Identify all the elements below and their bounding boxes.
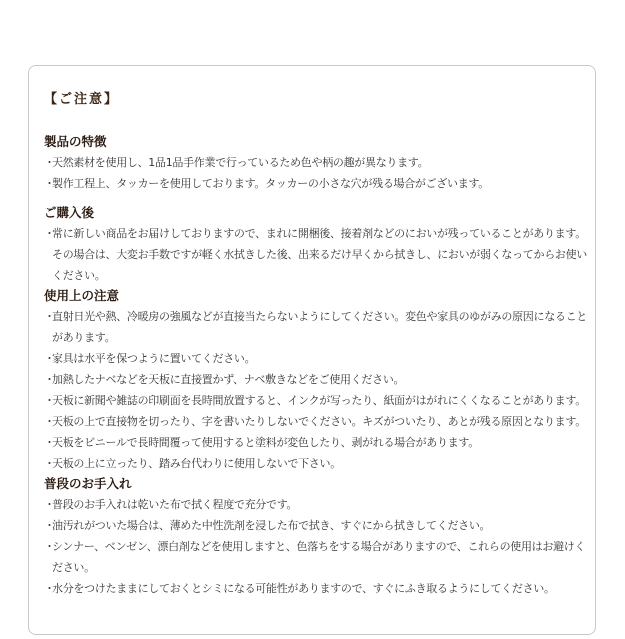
section-heading: ご購入後	[44, 203, 595, 223]
section-items: ・普段のお手入れは乾いた布で拭く程度で充分です。 ・油汚れがついた場合は、薄めた…	[44, 494, 595, 599]
item-text: 水分をつけたままにしておくとシミになる可能性がありますので、すぐにふき取るように…	[52, 582, 555, 595]
bullet: ・	[44, 515, 52, 536]
list-item: ・油汚れがついた場合は、薄めた中性洗剤を浸した布で拭き、すぐにから拭きしてくださ…	[44, 515, 592, 536]
bullet: ・	[44, 223, 52, 244]
bullet: ・	[44, 453, 52, 474]
section-items: ・常に新しい商品をお届けしておりますので、まれに開梱後、接着剤などのにおいが残っ…	[44, 223, 595, 286]
item-text: 製作工程上、タッカーを使用しております。タッカーの小さな穴が残る場合がございます…	[52, 177, 489, 190]
item-text: シンナー、ベンゼン、漂白剤などを使用しますと、色落ちをする場合がありますので、こ…	[52, 540, 585, 574]
list-item: ・天板の上で直接物を切ったり、字を書いたりしないでください。キズがついたり、あと…	[44, 411, 592, 432]
item-text: 直射日光や熱、冷暖房の強風などが直接当たらないようにしてください。変色や家具のゆ…	[52, 310, 587, 344]
notice-box: 【ご注意】 製品の特徴 ・天然素材を使用し、1品1品手作業で行っているため色や柄…	[28, 65, 596, 635]
list-item: ・製作工程上、タッカーを使用しております。タッカーの小さな穴が残る場合がございま…	[44, 173, 592, 194]
bullet: ・	[44, 432, 52, 453]
item-text: 加熱したナベなどを天板に直接置かず、ナベ敷きなどをご使用ください。	[52, 373, 404, 386]
list-item: ・常に新しい商品をお届けしておりますので、まれに開梱後、接着剤などのにおいが残っ…	[44, 223, 592, 286]
list-item: ・天板をビニールで長時間覆って使用すると塗料が変色したり、剥がれる場合があります…	[44, 432, 592, 453]
item-text: 天板に新聞や雑誌の印刷面を長時間放置すると、インクが写ったり、紙面がはがれにくく…	[52, 394, 586, 407]
item-text: 天板をビニールで長時間覆って使用すると塗料が変色したり、剥がれる場合があります。	[52, 436, 479, 449]
list-item: ・天板に新聞や雑誌の印刷面を長時間放置すると、インクが写ったり、紙面がはがれにく…	[44, 390, 592, 411]
bullet: ・	[44, 152, 52, 173]
bullet: ・	[44, 390, 52, 411]
list-item: ・天然素材を使用し、1品1品手作業で行っているため色や柄の趣が異なります。	[44, 152, 592, 173]
list-item: ・水分をつけたままにしておくとシミになる可能性がありますので、すぐにふき取るよう…	[44, 578, 592, 599]
bullet: ・	[44, 411, 52, 432]
item-text: 天板の上に立ったり、踏み台代わりに使用しないで下さい。	[52, 457, 341, 470]
section-items: ・直射日光や熱、冷暖房の強風などが直接当たらないようにしてください。変色や家具の…	[44, 306, 595, 474]
section-heading: 普段のお手入れ	[44, 474, 595, 494]
section-regular-care: 普段のお手入れ ・普段のお手入れは乾いた布で拭く程度で充分です。 ・油汚れがつい…	[44, 474, 595, 599]
item-text: 家具は水平を保つように置いてください。	[52, 352, 255, 365]
bullet: ・	[44, 494, 52, 515]
list-item: ・家具は水平を保つように置いてください。	[44, 348, 592, 369]
bullet: ・	[44, 348, 52, 369]
item-text: 普段のお手入れは乾いた布で拭く程度で充分です。	[52, 498, 297, 511]
item-text: 油汚れがついた場合は、薄めた中性洗剤を浸した布で拭き、すぐにから拭きしてください…	[52, 519, 490, 532]
bullet: ・	[44, 173, 52, 194]
list-item: ・直射日光や熱、冷暖房の強風などが直接当たらないようにしてください。変色や家具の…	[44, 306, 592, 348]
list-item: ・シンナー、ベンゼン、漂白剤などを使用しますと、色落ちをする場合がありますので、…	[44, 536, 592, 578]
section-heading: 使用上の注意	[44, 286, 595, 306]
bullet: ・	[44, 536, 52, 557]
list-item: ・天板の上に立ったり、踏み台代わりに使用しないで下さい。	[44, 453, 592, 474]
section-items: ・天然素材を使用し、1品1品手作業で行っているため色や柄の趣が異なります。 ・製…	[44, 152, 595, 194]
item-text: 常に新しい商品をお届けしておりますので、まれに開梱後、接着剤などのにおいが残って…	[52, 227, 587, 282]
list-item: ・加熱したナベなどを天板に直接置かず、ナベ敷きなどをご使用ください。	[44, 369, 592, 390]
notice-title: 【ご注意】	[44, 90, 595, 110]
item-text: 天然素材を使用し、1品1品手作業で行っているため色や柄の趣が異なります。	[52, 156, 428, 169]
bullet: ・	[44, 369, 52, 390]
section-product-features: 製品の特徴 ・天然素材を使用し、1品1品手作業で行っているため色や柄の趣が異なり…	[44, 132, 595, 194]
section-heading: 製品の特徴	[44, 132, 595, 152]
section-after-purchase: ご購入後 ・常に新しい商品をお届けしておりますので、まれに開梱後、接着剤などのに…	[44, 203, 595, 286]
bullet: ・	[44, 578, 52, 599]
section-usage-cautions: 使用上の注意 ・直射日光や熱、冷暖房の強風などが直接当たらないようにしてください…	[44, 286, 595, 474]
item-text: 天板の上で直接物を切ったり、字を書いたりしないでください。キズがついたり、あとが…	[52, 415, 586, 428]
bullet: ・	[44, 306, 52, 327]
list-item: ・普段のお手入れは乾いた布で拭く程度で充分です。	[44, 494, 592, 515]
